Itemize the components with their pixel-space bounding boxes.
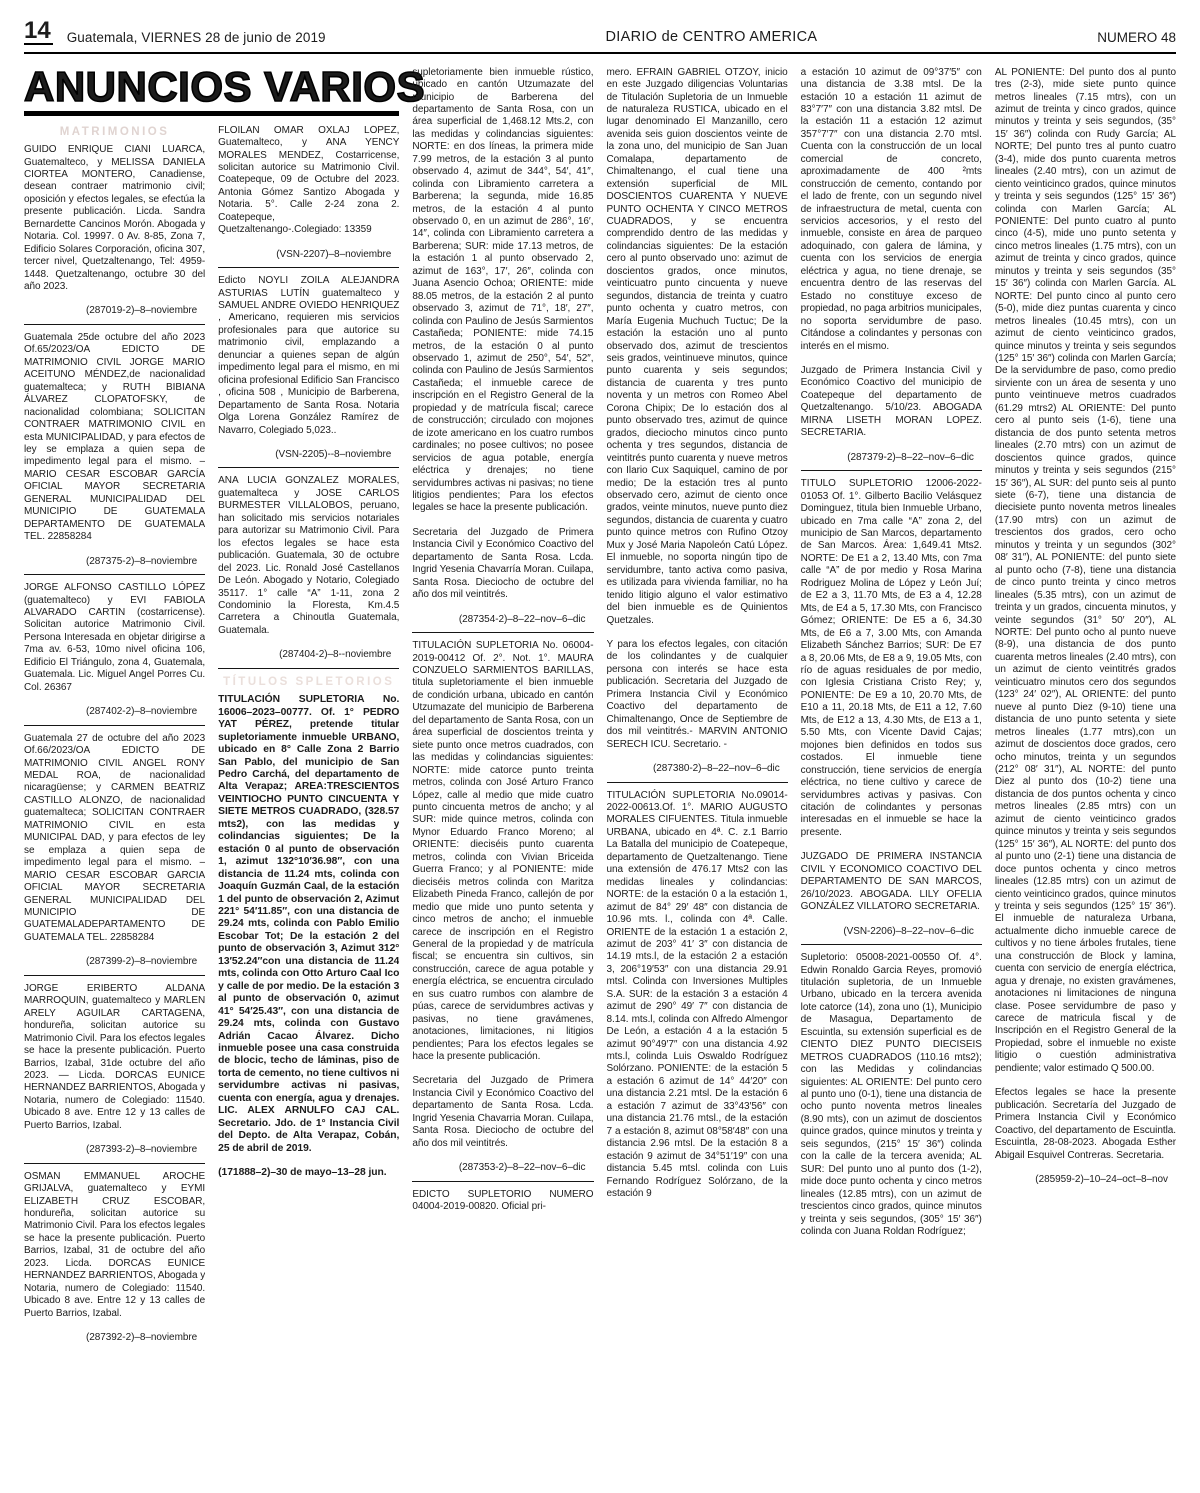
section-title: ANUNCIOS VARIOS bbox=[24, 67, 399, 117]
notice-paragraph: TITULACIÓN SUPLETORIA No. 16006–2023–007… bbox=[218, 694, 399, 1155]
notice-citation: (287392-2)–8–noviembre bbox=[24, 1332, 205, 1344]
legal-notice: supletoriamente bien inmueble rústico, u… bbox=[412, 67, 593, 626]
notice-separator bbox=[24, 975, 205, 976]
legal-notice: TITULACIÓN SUPLETORIA No. 06004-2019-004… bbox=[412, 640, 593, 1175]
notice-paragraph: EDICTO SUPLETORIO NUMERO 04004-2019-0082… bbox=[412, 1189, 593, 1214]
notice-citation: (287353-2)–8–22–nov–6–dic bbox=[412, 1162, 593, 1174]
notice-paragraph: Guatemala 25de octubre del año 2023 Of.6… bbox=[24, 332, 205, 544]
notice-separator bbox=[24, 1163, 205, 1164]
notice-separator bbox=[24, 324, 205, 325]
notice-separator bbox=[607, 782, 788, 783]
notice-citation: (287354-2)–8–22–nov–6–dic bbox=[412, 614, 593, 626]
legal-notice: TITULO SUPLETORIO 12006-2022-01053 Of. 1… bbox=[801, 478, 982, 938]
legal-notice: TITULACIÓN SUPLETORIA No.09014-2022-0061… bbox=[607, 790, 788, 1201]
notice-paragraph: Efectos legales se hace la presente publ… bbox=[995, 1087, 1176, 1162]
notice-citation: (VSN-2207)–8–noviembre bbox=[218, 249, 399, 261]
notice-citation: (287399-2)–8–noviembre bbox=[24, 956, 205, 968]
news-column: MATRIMONIOSGUIDO ENRIQUE CIANI LUARCA, G… bbox=[24, 125, 205, 1467]
notice-paragraph: OSMAN EMMANUEL AROCHE GRIJALVA, guatemal… bbox=[24, 1171, 205, 1320]
classifieds-content: ANUNCIOS VARIOS MATRIMONIOSGUIDO ENRIQUE… bbox=[24, 67, 1176, 1467]
notice-paragraph: supletoriamente bien inmueble rústico, u… bbox=[412, 67, 593, 515]
legal-notice: AL PONIENTE: Del punto dos al punto tres… bbox=[995, 67, 1176, 1187]
notice-paragraph: JORGE ERIBERTO ALDANA MARROQUIN, guatema… bbox=[24, 983, 205, 1132]
legal-notice: mero. EFRAIN GABRIEL OTZOY, inicio en es… bbox=[607, 67, 788, 776]
notice-citation: (287375-2)–8–noviembre bbox=[24, 556, 205, 568]
notice-separator bbox=[801, 944, 982, 945]
notice-separator bbox=[218, 668, 399, 669]
section-ghost-header: MATRIMONIOS bbox=[24, 126, 205, 138]
notice-paragraph: TITULO SUPLETORIO 12006-2022-01053 Of. 1… bbox=[801, 478, 982, 839]
notice-separator bbox=[801, 470, 982, 471]
news-column: a estación 10 azimut de 09°37′5″ con una… bbox=[801, 67, 982, 1467]
notice-paragraph: Secretaria del Juzgado de Primera Instan… bbox=[412, 1075, 593, 1150]
legal-notice: FLOILAN OMAR OXLAJ LÓPEZ, Guatemalteco, … bbox=[218, 125, 399, 262]
notice-paragraph: TITULACIÓN SUPLETORIA No. 06004-2019-004… bbox=[412, 640, 593, 1063]
notice-paragraph: Y para los efectos legales, con citación… bbox=[607, 639, 788, 751]
notice-paragraph: mero. EFRAIN GABRIEL OTZOY, inicio en es… bbox=[607, 67, 788, 627]
notice-citation: (VSN-2205)--8–noviembre bbox=[218, 449, 399, 461]
notice-paragraph: Guatemala 27 de octubre del año 2023 Of.… bbox=[24, 733, 205, 945]
notice-separator bbox=[218, 267, 399, 268]
newspaper-title: DIARIO de CENTRO AMERICA bbox=[326, 29, 1098, 45]
news-column: AL PONIENTE: Del punto dos al punto tres… bbox=[995, 67, 1176, 1467]
page-number: 14 bbox=[24, 20, 53, 45]
legal-notice: Edicto NOYLI ZOILA ALEJANDRA ASTURIAS LU… bbox=[218, 275, 399, 461]
legal-notice: JORGE ERIBERTO ALDANA MARROQUIN, guatema… bbox=[24, 983, 205, 1157]
notice-citation: (285959-2)–10–24–oct–8–nov bbox=[995, 1174, 1176, 1186]
legal-notice: OSMAN EMMANUEL AROCHE GRIJALVA, guatemal… bbox=[24, 1171, 205, 1345]
date-line: Guatemala, VIERNES 28 de junio de 2019 bbox=[67, 30, 326, 45]
notice-paragraph: TITULACIÓN SUPLETORIA No.09014-2022-0061… bbox=[607, 790, 788, 1201]
notice-separator bbox=[24, 725, 205, 726]
notice-paragraph: AL PONIENTE: Del punto dos al punto tres… bbox=[995, 67, 1176, 1076]
notice-paragraph: GUIDO ENRIQUE CIANI LUARCA, Guatemalteco… bbox=[24, 144, 205, 293]
notice-separator bbox=[412, 632, 593, 633]
notice-paragraph: FLOILAN OMAR OXLAJ LÓPEZ, Guatemalteco, … bbox=[218, 125, 399, 237]
notice-separator bbox=[24, 574, 205, 575]
notice-paragraph: Juzgado de Primera Instancia Civil y Eco… bbox=[801, 365, 982, 440]
newspaper-page: 14 Guatemala, VIERNES 28 de junio de 201… bbox=[0, 0, 1200, 1493]
legal-notice: a estación 10 azimut de 09°37′5″ con una… bbox=[801, 67, 982, 465]
notice-citation: (287380-2)–8–22–nov–6–dic bbox=[607, 763, 788, 775]
notice-separator bbox=[218, 467, 399, 468]
legal-notice: Supletorio: 05008-2021-00550 Of. 4°. Edw… bbox=[801, 952, 982, 1238]
legal-notice: Guatemala 25de octubre del año 2023 Of.6… bbox=[24, 332, 205, 568]
legal-notice: EDICTO SUPLETORIO NUMERO 04004-2019-0082… bbox=[412, 1189, 593, 1214]
legal-notice: Guatemala 27 de octubre del año 2023 Of.… bbox=[24, 733, 205, 969]
issue-number: NUMERO 48 bbox=[1097, 30, 1176, 45]
news-column: mero. EFRAIN GABRIEL OTZOY, inicio en es… bbox=[607, 67, 788, 1467]
notice-paragraph: JORGE ALFONSO CASTILLO LÓPEZ (guatemalte… bbox=[24, 582, 205, 694]
notice-paragraph: Secretaria del Juzgado de Primera Instan… bbox=[412, 527, 593, 602]
legal-notice: ANA LUCIA GONZALEZ MORALES, guatemalteca… bbox=[218, 475, 399, 661]
notice-paragraph: (171888–2)–30 de mayo–13–28 jun. bbox=[218, 1167, 399, 1179]
notice-paragraph: a estación 10 azimut de 09°37′5″ con una… bbox=[801, 67, 982, 353]
notice-citation: (287379-2)–8–22–nov–6–dic bbox=[801, 452, 982, 464]
notice-citation: (287393-2)–8–noviembre bbox=[24, 1144, 205, 1156]
legal-notice: TITULACIÓN SUPLETORIA No. 16006–2023–007… bbox=[218, 694, 399, 1179]
masthead: 14 Guatemala, VIERNES 28 de junio de 201… bbox=[24, 20, 1176, 54]
notice-paragraph: JUZGADO DE PRIMERA INSTANCIA CIVIL Y ECO… bbox=[801, 851, 982, 913]
notice-paragraph: Supletorio: 05008-2021-00550 Of. 4°. Edw… bbox=[801, 952, 982, 1238]
news-column: FLOILAN OMAR OXLAJ LÓPEZ, Guatemalteco, … bbox=[218, 125, 399, 1467]
notice-citation: (287402-2)–8–noviembre bbox=[24, 706, 205, 718]
news-column: supletoriamente bien inmueble rústico, u… bbox=[412, 67, 593, 1467]
notice-paragraph: Edicto NOYLI ZOILA ALEJANDRA ASTURIAS LU… bbox=[218, 275, 399, 437]
section-ghost-header: TÍTULOS SPLETORIOS bbox=[218, 676, 399, 688]
notice-separator bbox=[412, 1181, 593, 1182]
legal-notice: GUIDO ENRIQUE CIANI LUARCA, Guatemalteco… bbox=[24, 144, 205, 318]
legal-notice: JORGE ALFONSO CASTILLO LÓPEZ (guatemalte… bbox=[24, 582, 205, 719]
notice-citation: (VSN-2206)–8–22–nov–6–dic bbox=[801, 926, 982, 938]
notice-citation: (287404-2)–8--noviembre bbox=[218, 649, 399, 661]
notice-paragraph: ANA LUCIA GONZALEZ MORALES, guatemalteca… bbox=[218, 475, 399, 637]
notice-citation: (287019-2)–8–noviembre bbox=[24, 305, 205, 317]
